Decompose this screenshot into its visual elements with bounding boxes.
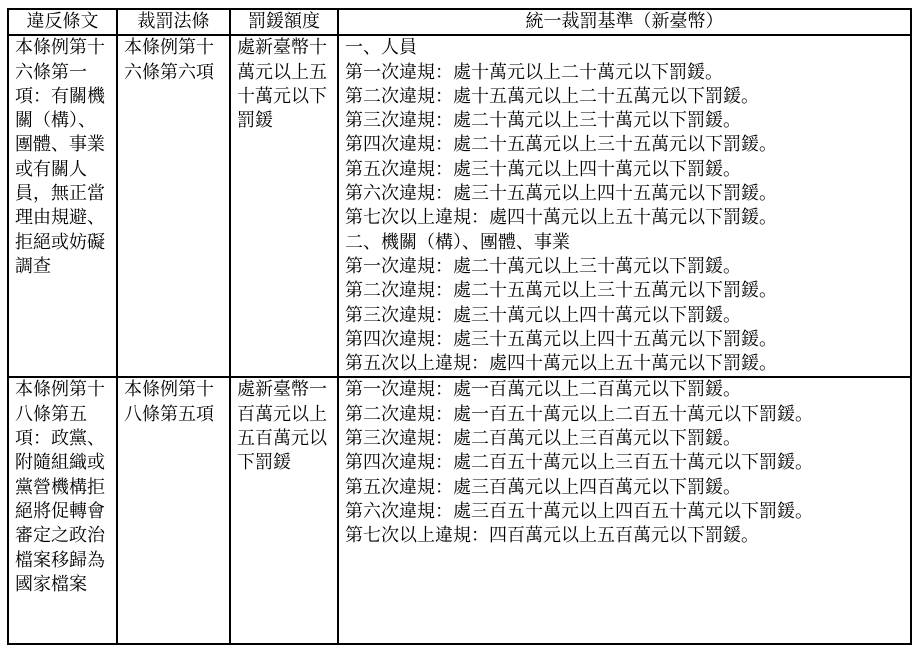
amount-text: 處新臺幣十萬元以上五十萬元以下罰鍰 bbox=[237, 36, 327, 133]
standard-line: 第二次違規：處一百五十萬元以上二百五十萬元以下罰鍰。 bbox=[345, 403, 910, 427]
standard-line: 第一次違規：處一百萬元以上二百萬元以下罰鍰。 bbox=[345, 378, 910, 402]
standard-line: 第三次違規：處二十萬元以上三十萬元以下罰鍰。 bbox=[345, 109, 910, 133]
standard-line: 第五次以上違規：處四十萬元以上五十萬元以下罰鍰。 bbox=[345, 352, 910, 376]
header-standard: 統一裁罰基準（新臺幣） bbox=[338, 9, 911, 35]
penalty-standards-table: 違反條文 裁罰法條 罰鍰額度 統一裁罰基準（新臺幣） 本條例第十六條第一項：有關… bbox=[7, 8, 912, 645]
standard-line: 第五次違規：處三十萬元以上四十萬元以下罰鍰。 bbox=[345, 158, 910, 182]
violation-cell: 本條例第十八條第五項：政黨、附隨組織或黨營機構拒絕將促轉會審定之政治檔案移歸為國… bbox=[8, 377, 117, 644]
standard-line: 第二次違規：處二十五萬元以上三十五萬元以下罰鍰。 bbox=[345, 279, 910, 303]
header-law: 裁罰法條 bbox=[117, 9, 230, 35]
violation-text: 本條例第十八條第五項：政黨、附隨組織或黨營機構拒絕將促轉會審定之政治檔案移歸為國… bbox=[15, 378, 105, 597]
standard-line: 第七次以上違規：處四十萬元以上五十萬元以下罰鍰。 bbox=[345, 206, 910, 230]
standard-line: 一、人員 bbox=[345, 36, 910, 60]
standard-line: 第二次違規：處十五萬元以上二十五萬元以下罰鍰。 bbox=[345, 85, 910, 109]
law-cell: 本條例第十八條第五項 bbox=[117, 377, 230, 644]
standard-cell: 一、人員 第一次違規：處十萬元以上二十萬元以下罰鍰。 第二次違規：處十五萬元以上… bbox=[338, 35, 911, 377]
standard-line: 第六次違規：處三十五萬元以上四十五萬元以下罰鍰。 bbox=[345, 182, 910, 206]
table-header-row: 違反條文 裁罰法條 罰鍰額度 統一裁罰基準（新臺幣） bbox=[8, 9, 911, 35]
table-row: 本條例第十六條第一項：有關機關（構）、團體、事業或有關人員，無正當理由規避、拒絕… bbox=[8, 35, 911, 377]
violation-text: 本條例第十六條第一項：有關機關（構）、團體、事業或有關人員，無正當理由規避、拒絕… bbox=[15, 36, 105, 279]
standard-line: 第一次違規：處二十萬元以上三十萬元以下罰鍰。 bbox=[345, 255, 910, 279]
standard-line: 第五次違規：處三百萬元以上四百萬元以下罰鍰。 bbox=[345, 476, 910, 500]
law-text: 本條例第十六條第六項 bbox=[124, 36, 228, 85]
standard-line: 第七次以上違規：四百萬元以上五百萬元以下罰鍰。 bbox=[345, 524, 910, 548]
amount-text: 處新臺幣一百萬元以上五百萬元以下罰鍰 bbox=[237, 378, 327, 475]
standard-line: 第四次違規：處三十五萬元以上四十五萬元以下罰鍰。 bbox=[345, 328, 910, 352]
table-row: 本條例第十八條第五項：政黨、附隨組織或黨營機構拒絕將促轉會審定之政治檔案移歸為國… bbox=[8, 377, 911, 644]
amount-cell: 處新臺幣一百萬元以上五百萬元以下罰鍰 bbox=[230, 377, 338, 644]
standard-line: 第四次違規：處二百五十萬元以上三百五十萬元以下罰鍰。 bbox=[345, 451, 910, 475]
law-cell: 本條例第十六條第六項 bbox=[117, 35, 230, 377]
standard-cell: 第一次違規：處一百萬元以上二百萬元以下罰鍰。 第二次違規：處一百五十萬元以上二百… bbox=[338, 377, 911, 644]
header-violation: 違反條文 bbox=[8, 9, 117, 35]
violation-cell: 本條例第十六條第一項：有關機關（構）、團體、事業或有關人員，無正當理由規避、拒絕… bbox=[8, 35, 117, 377]
standard-line: 第六次違規：處三百五十萬元以上四百五十萬元以下罰鍰。 bbox=[345, 500, 910, 524]
standard-line: 第一次違規：處十萬元以上二十萬元以下罰鍰。 bbox=[345, 61, 910, 85]
header-amount: 罰鍰額度 bbox=[230, 9, 338, 35]
amount-cell: 處新臺幣十萬元以上五十萬元以下罰鍰 bbox=[230, 35, 338, 377]
law-text: 本條例第十八條第五項 bbox=[124, 378, 228, 427]
standard-line: 第四次違規：處二十五萬元以上三十五萬元以下罰鍰。 bbox=[345, 133, 910, 157]
standard-line: 二、機關（構）、團體、事業 bbox=[345, 231, 910, 255]
standard-line: 第三次違規：處二百萬元以上三百萬元以下罰鍰。 bbox=[345, 427, 910, 451]
standard-line: 第三次違規：處三十萬元以上四十萬元以下罰鍰。 bbox=[345, 304, 910, 328]
